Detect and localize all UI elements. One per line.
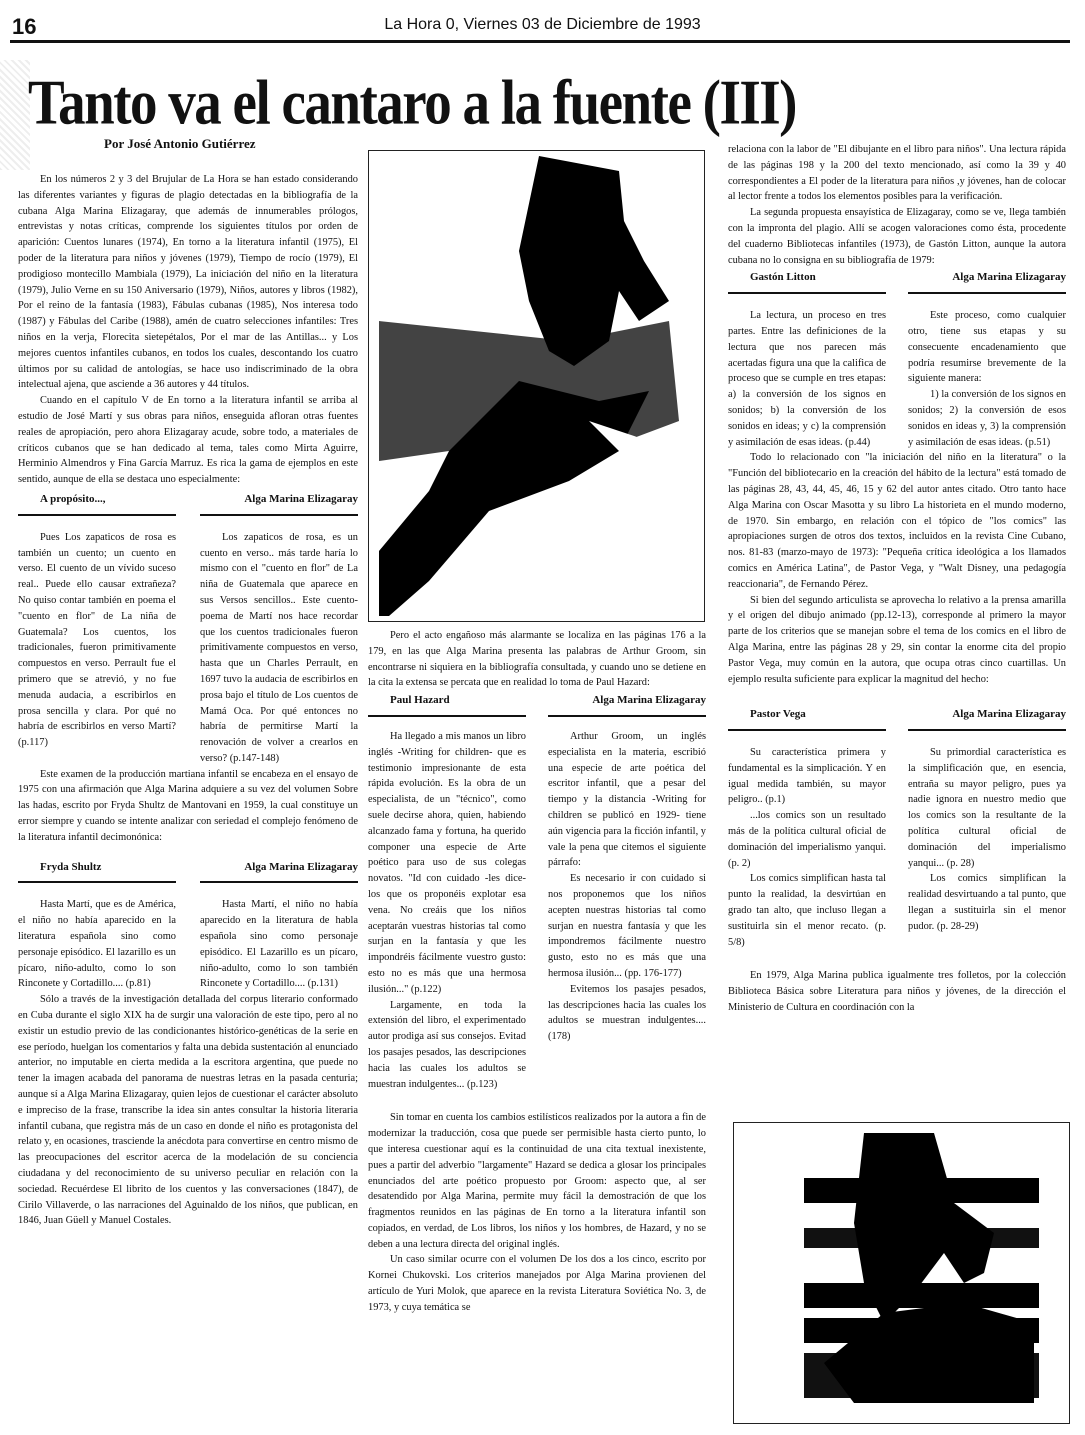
quote-text: Ha llegado a mis manos un libro inglés -… [368, 729, 526, 998]
paragraph: En los números 2 y 3 del Brujular de La … [18, 172, 358, 393]
quote-text: Su primordial característica es la simpl… [908, 745, 1066, 871]
comparison-heading: Alga Marina Elizagaray [200, 492, 358, 516]
quote-text: Es necesario ir con cuidado si nos propo… [548, 871, 706, 982]
paragraph: En 1979, Alga Marina publica igualmente … [728, 968, 1066, 1015]
photo-hand-stripes [733, 1122, 1070, 1424]
comparison-heading: Gastón Litton [728, 270, 886, 294]
quote-text: La lectura, un proceso en tres partes. E… [728, 308, 886, 450]
comparison-heading: Alga Marina Elizagaray [908, 707, 1066, 731]
quote-text: Hasta Martí, que es de América, el niño … [18, 897, 176, 992]
quote-text: Pues Los zapaticos de rosa es también un… [18, 530, 176, 751]
hands-photo-icon [369, 151, 704, 621]
comparison-block: Paul Hazard Ha llegado a mis manos un li… [368, 693, 706, 1092]
quote-text: Hasta Martí, el niño no había aparecido … [200, 897, 358, 992]
column-2: Pero el acto engañoso más alarmante se l… [368, 628, 706, 1316]
paragraph: Sin tomar en cuenta los cambios estilíst… [368, 1110, 706, 1252]
quote-text: Su característica primera y fundamental … [728, 745, 886, 808]
comparison-heading: Pastor Vega [728, 707, 886, 731]
byline: Por José Antonio Gutiérrez [104, 136, 256, 152]
scan-grain [0, 60, 30, 170]
paragraph: Pero el acto engañoso más alarmante se l… [368, 628, 706, 691]
paragraph: Un caso similar ocurre con el volumen De… [368, 1252, 706, 1315]
comparison-block: Pastor Vega Su característica primera y … [728, 707, 1066, 950]
headline: Tanto va el cantaro a la fuente (III) [28, 66, 796, 138]
quote-text: Los comics simplifican la realidad desvi… [908, 871, 1066, 934]
comparison-block: Gastón Litton La lectura, un proceso en … [728, 270, 1066, 450]
dateline: La Hora 0, Viernes 03 de Diciembre de 19… [0, 16, 1085, 34]
quote-text: 1) la conversión de los signos en sonido… [908, 387, 1066, 450]
quote-text: Los comics simplifican hasta tal punto l… [728, 871, 886, 950]
hand-stripes-photo-icon [734, 1123, 1069, 1423]
header-rule [10, 40, 1070, 43]
quote-text: Este proceso, como cualquier otro, tiene… [908, 308, 1066, 387]
quote-text: Arthur Groom, un inglés especialista en … [548, 729, 706, 871]
quote-text: Los zapaticos de rosa, es un cuento en v… [200, 530, 358, 767]
comparison-block: Fryda Shultz Hasta Martí, que es de Amér… [18, 860, 358, 993]
comparison-heading: Alga Marina Elizagaray [908, 270, 1066, 294]
paragraph: La segunda propuesta ensayística de Eliz… [728, 205, 1066, 268]
quote-text: Evitemos los pasajes pesados, las descri… [548, 982, 706, 1045]
paragraph: Todo lo relacionado con "la iniciación d… [728, 450, 1066, 592]
paragraph: Sólo a través de la investigación detall… [18, 992, 358, 1229]
comparison-heading: Paul Hazard [368, 693, 526, 717]
comparison-heading: Alga Marina Elizagaray [200, 860, 358, 884]
paragraph: Cuando en el capítulo V de En torno a la… [18, 393, 358, 488]
quote-text: ...los comics son un resultado más de la… [728, 808, 886, 871]
comparison-heading: Fryda Shultz [18, 860, 176, 884]
comparison-block: A propósito..., Pues Los zapaticos de ro… [18, 492, 358, 767]
paragraph: Este examen de la producción martiana in… [18, 767, 358, 846]
quote-text: Largamente, en toda la extensión del lib… [368, 998, 526, 1093]
paragraph: relaciona con la labor de "El dibujante … [728, 142, 1066, 205]
column-3: relaciona con la labor de "El dibujante … [728, 142, 1066, 1016]
comparison-heading: A propósito..., [18, 492, 176, 516]
paragraph: Si bien del segundo articulista se aprov… [728, 593, 1066, 688]
photo-hands [368, 150, 705, 622]
column-1: En los números 2 y 3 del Brujular de La … [18, 172, 358, 1229]
comparison-heading: Alga Marina Elizagaray [548, 693, 706, 717]
